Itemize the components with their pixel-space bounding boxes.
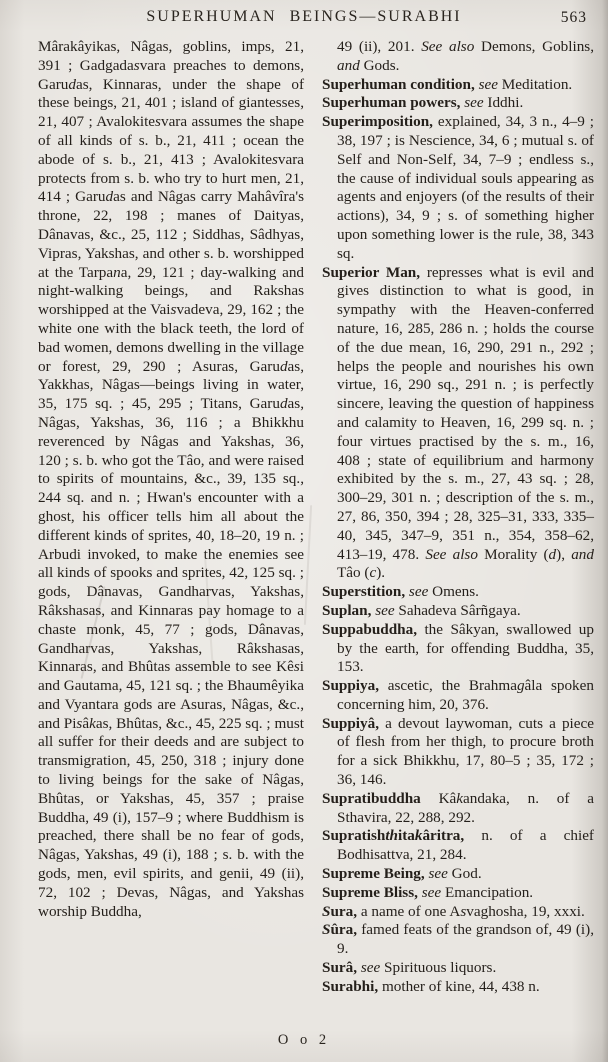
text-run: d — [280, 358, 288, 375]
text-run: see — [464, 94, 483, 111]
text-run: Surabhi, — [322, 978, 378, 995]
text-run: d — [106, 188, 114, 205]
text-run: and — [337, 57, 360, 74]
text-run: Superimposition, — [322, 113, 433, 130]
text-run: ). — [376, 564, 385, 581]
signature-mark: O o 2 — [278, 1032, 330, 1048]
text-run: and — [571, 546, 594, 563]
text-run: see — [479, 76, 498, 93]
entry-supreme-being: Supreme Being, see God. — [322, 865, 594, 884]
text-columns: Mârakâyikas, Nâgas, goblins, imps, 21, 3… — [38, 38, 594, 997]
text-run: Supreme Bliss, — [322, 884, 418, 901]
left-column: Mârakâyikas, Nâgas, goblins, imps, 21, 3… — [38, 38, 304, 997]
entry-supreme-bliss: Supreme Bliss, see Emancipation. — [322, 884, 594, 903]
text-run: Superhuman powers, — [322, 94, 460, 111]
page-title: SUPERHUMAN BEINGS—SURABHI — [0, 8, 608, 26]
text-run: Suppiya, — [322, 677, 379, 694]
text-run: Superhuman condition, — [322, 76, 475, 93]
entry-suplan: Suplan, see Sahadeva Sârñgaya. — [322, 602, 594, 621]
entry-suppabuddha: Suppabuddha, the Sâkyan, swallowed up by… — [322, 621, 594, 677]
text-run: ), — [556, 546, 571, 563]
text-run: explained, 34, 3 n., 4–9 ; 38, 197 ; is … — [337, 113, 594, 262]
entry-superstition: Superstition, see Omens. — [322, 583, 594, 602]
text-run: famed feats of the grandson of, 49 (i), … — [337, 921, 594, 957]
text-run: Superstition, — [322, 583, 405, 600]
text-run: Tâo ( — [337, 564, 369, 581]
entry-superhuman-beings-continued: Mârakâyikas, Nâgas, goblins, imps, 21, 3… — [38, 38, 304, 921]
right-column: 49 (ii), 201. See also Demons, Goblins, … — [322, 38, 594, 997]
text-run: as, Bhûtas, &c., 45, 225 sq. ; must all … — [38, 715, 304, 920]
entry-sura: Sura, a name of one Asvaghosha, 19, xxxi… — [322, 903, 594, 922]
text-run: Demons, Goblins, — [474, 38, 594, 55]
text-run: Supratish — [322, 827, 385, 844]
entry-superimposition: Superimposition, explained, 34, 3 n., 4–… — [322, 113, 594, 263]
text-run: see — [375, 602, 394, 619]
text-run: d — [280, 395, 288, 412]
entry-sura-liquor: Surâ, see Spirituous liquors. — [322, 959, 594, 978]
text-run: Suppabuddha, — [322, 621, 417, 638]
text-run: vaghosha, 19, xxxi. — [466, 903, 585, 920]
entry-sura-grandson: Sûra, famed feats of the grandson of, 49… — [322, 921, 594, 959]
text-run: God. — [448, 865, 482, 882]
entry-surabhi: Surabhi, mother of kine, 44, 438 n. — [322, 978, 594, 997]
book-page: SUPERHUMAN BEINGS—SURABHI 563 Mârakâyika… — [0, 0, 608, 1062]
text-run: a name of one A — [357, 903, 460, 920]
text-run: Morality ( — [478, 546, 549, 563]
text-run: see — [422, 884, 441, 901]
text-run: Iddhi. — [484, 94, 524, 111]
entry-suppiya-laywoman: Suppiyâ, a devout laywoman, cuts a piece… — [322, 715, 594, 790]
text-run: n — [113, 264, 121, 281]
text-run: ascetic, the Brahma — [379, 677, 517, 694]
text-run: see — [409, 583, 428, 600]
text-run: th — [385, 827, 398, 844]
text-run: See also — [421, 38, 474, 55]
text-run: Meditation. — [498, 76, 572, 93]
entry-supratishthitakaritra: Supratishthitakâritra, n. of a chief Bod… — [322, 827, 594, 865]
text-run: ura, — [330, 903, 357, 920]
text-run: Superior Man, — [322, 264, 420, 281]
text-run: Suplan, — [322, 602, 371, 619]
entry-supratibuddha: Supratibuddha Kâkandaka, n. of a Sthavir… — [322, 790, 594, 828]
text-run: ûra, — [330, 921, 357, 938]
entry-superhuman-condition: Superhuman condition, see Meditation. — [322, 76, 594, 95]
text-run: mother of kine, 44, 438 n. — [378, 978, 540, 995]
entry-superhuman-beings-continued-tail: 49 (ii), 201. See also Demons, Goblins, … — [322, 38, 594, 76]
text-run: Gods. — [360, 57, 400, 74]
text-run: Supratibuddha — [322, 790, 421, 807]
text-run: 49 (ii), 201. — [337, 38, 421, 55]
entry-suppiya: Suppiya, ascetic, the Brahmagâla spoken … — [322, 677, 594, 715]
entry-superior-man: Superior Man, represses what is evil and… — [322, 264, 594, 584]
text-run: See also — [425, 546, 478, 563]
text-run: k — [89, 715, 96, 732]
text-run: Sahadeva Sârñgaya. — [395, 602, 521, 619]
text-run: d — [549, 546, 557, 563]
text-run: Suppiyâ, — [322, 715, 379, 732]
text-run: represses what is evil and gives distinc… — [337, 264, 594, 563]
entry-superhuman-powers: Superhuman powers, see Iddhi. — [322, 94, 594, 113]
text-run: Kâ — [421, 790, 457, 807]
text-run: Omens. — [428, 583, 479, 600]
page-footer: O o 2 — [0, 1032, 608, 1049]
text-run: Spirituous liquors. — [380, 959, 496, 976]
text-run: Emancipation. — [441, 884, 533, 901]
page-number: 563 — [561, 9, 587, 27]
text-run: Supreme Being, — [322, 865, 425, 882]
text-run: d — [68, 76, 76, 93]
text-run: as, Nâgas, Yakshas, 36, 116 ; a Bhikkhu … — [38, 395, 304, 675]
text-run: Surâ, — [322, 959, 357, 976]
running-head: SUPERHUMAN BEINGS—SURABHI 563 — [0, 8, 608, 32]
text-run: see — [361, 959, 380, 976]
text-run: see — [428, 865, 447, 882]
text-run: ita — [398, 827, 415, 844]
text-run: âritra, — [422, 827, 464, 844]
text-run: g — [517, 677, 525, 694]
